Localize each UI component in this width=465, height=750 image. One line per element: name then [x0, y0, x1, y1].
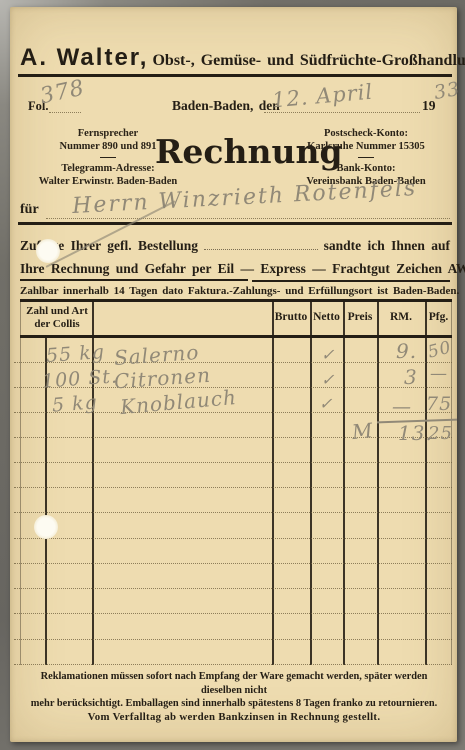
- table-vline: [377, 301, 379, 335]
- table-header-bottom-rule: [20, 335, 452, 338]
- row3-pfg-value: 75: [426, 393, 452, 415]
- year-printed: 19: [422, 98, 436, 114]
- recipient-underline-heavy: [18, 222, 452, 225]
- total-currency-mark: M: [351, 418, 375, 444]
- footer-notice-line2: mehr berücksichtigt. Emballagen sind inn…: [24, 697, 444, 711]
- footer-notices: Reklamationen müssen sofort nach Empfang…: [24, 670, 444, 724]
- col-header-preis: Preis: [343, 311, 377, 323]
- row2-pfg-value: —: [430, 364, 448, 384]
- row2-netto-checkmark: ✓: [321, 370, 335, 389]
- header-underline: [18, 74, 452, 77]
- col-header-netto: Netto: [310, 311, 343, 323]
- order-line-right: sandte ich Ihnen auf: [324, 238, 450, 254]
- total-pfg-value: 25: [428, 423, 453, 444]
- row3-rm-value: —: [392, 396, 412, 418]
- fol-dotted-line: [49, 112, 81, 113]
- ruled-dotted-line: [14, 437, 452, 438]
- ruled-dotted-line: [14, 563, 452, 564]
- date-dotted-line: [264, 112, 420, 113]
- divider-dash: [358, 157, 374, 158]
- ruled-dotted-line: [14, 613, 452, 614]
- postal-account-label: Postscheck-Konto:: [282, 127, 450, 140]
- col-header-collis-line2: der Collis: [22, 318, 92, 331]
- ruled-dotted-line: [14, 512, 452, 513]
- col-header-collis: Zahl und Art der Collis: [22, 305, 92, 331]
- recipient-label: für: [20, 202, 39, 218]
- col-header-brutto: Brutto: [272, 311, 310, 323]
- ruled-dotted-line: [14, 664, 452, 665]
- table-vline: [272, 301, 274, 335]
- payment-terms-line: Zahlbar innerhalb 14 Tagen dato Faktura.…: [20, 285, 450, 297]
- table-top-rule: [20, 299, 452, 302]
- row1-netto-checkmark: ✓: [321, 345, 335, 364]
- col-header-pfg: Pfg.: [425, 311, 452, 323]
- table-vline: [20, 301, 21, 335]
- terms-right: Zahlungs- und Erfüllungsort ist Baden-Ba…: [233, 285, 460, 297]
- company-header: A. Walter, Obst-, Gemüse- und Südfrüchte…: [20, 44, 452, 72]
- ruled-dotted-line: [14, 588, 452, 589]
- shipping-line: Ihre Rechnung und Gefahr per Eil — Expre…: [20, 261, 450, 277]
- bank-account-label: Bank-Konto:: [282, 162, 450, 175]
- recipient-dotted-line: [46, 218, 450, 219]
- order-dotted-leader: [204, 238, 318, 250]
- punch-hole-bottom: [34, 515, 58, 539]
- table-vline: [451, 301, 452, 335]
- row1-quantity: 55 kg: [45, 341, 105, 367]
- terms-rule-right: [252, 280, 450, 282]
- divider-dash: [100, 157, 116, 158]
- col-header-collis-line1: Zahl und Art: [22, 305, 92, 318]
- punch-hole-top: [36, 239, 60, 263]
- row2-rm-value: 3: [404, 365, 418, 389]
- company-tagline: Obst-, Gemüse- und Südfrüchte-Großhandlu…: [152, 52, 465, 69]
- table-vline: [92, 301, 94, 335]
- footer-notice-line1: Reklamationen müssen sofort nach Empfang…: [24, 670, 444, 697]
- row3-netto-checkmark: ✓: [319, 394, 333, 413]
- telegram-value: Walter Erwinstr. Baden-Baden: [28, 175, 188, 188]
- table-vline: [343, 301, 345, 335]
- shipping-line-text: Ihre Rechnung und Gefahr per Eil — Expre…: [20, 261, 465, 277]
- scanned-invoice: A. Walter, Obst-, Gemüse- und Südfrüchte…: [0, 0, 465, 750]
- company-name: A. Walter,: [20, 44, 148, 71]
- terms-left: Zahlbar innerhalb 14 Tagen dato Faktura.: [20, 285, 229, 297]
- footer-notice-line3: Vom Verfalltag ab werden Bankzinsen in R…: [24, 711, 444, 725]
- table-vline: [425, 301, 427, 335]
- table-vline: [310, 301, 312, 335]
- ruled-dotted-line: [14, 639, 452, 640]
- ruled-dotted-line: [14, 462, 452, 463]
- terms-rule-left: [20, 279, 248, 281]
- row3-quantity: 5 kg: [51, 391, 98, 416]
- postal-account-value: Karlsruhe Nummer 15305: [282, 140, 450, 153]
- ruled-dotted-line: [14, 538, 452, 539]
- row1-rm-value: 9.: [396, 339, 417, 363]
- ruled-dotted-line: [14, 487, 452, 488]
- col-header-rm: RM.: [377, 311, 425, 323]
- year-handwritten: 33: [432, 78, 462, 104]
